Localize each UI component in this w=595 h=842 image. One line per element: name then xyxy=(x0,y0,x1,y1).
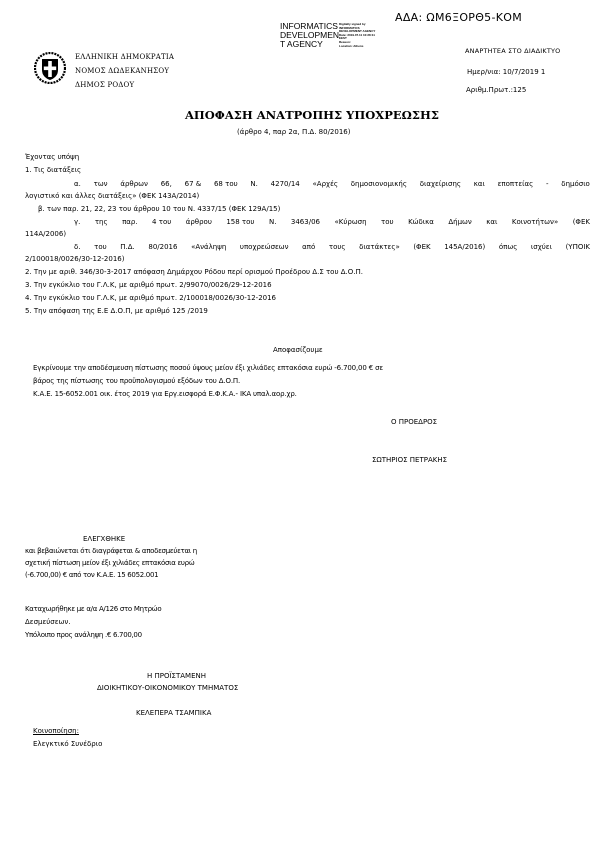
verification-line-2: σχετική πίστωση μείον έξι χιλιάδες επτακ… xyxy=(25,559,194,567)
provision-item-4: 4. Την εγκύκλιο του Γ.Λ.Κ, με αριθμό πρω… xyxy=(25,294,276,302)
ida-line: T AGENCY xyxy=(280,40,339,49)
provision-item-5: 5. Την απόφαση της Ε.Ε Δ.Ο.Π, με αριθμό … xyxy=(25,307,208,315)
provision-item-2: 2. Την με αριθ. 346/30-3-2017 απόφαση Δη… xyxy=(25,268,363,276)
registry-line-2: Δεσμεύσεων. xyxy=(25,618,71,626)
provision-c: γ.τηςπαρ.4 τουάρθρου158 τουΝ.3463/06«Κύρ… xyxy=(74,218,590,226)
provision-item-1: 1. Τις διατάξεις xyxy=(25,166,81,174)
president-role: Ο ΠΡΟΕΔΡΟΣ xyxy=(391,418,437,426)
country-label: ΕΛΛΗΝΙΚΗ ΔΗΜΟΚΡΑΤΙΑ xyxy=(75,50,174,64)
ada-code: ΑΔΑ: ΩΜ6ΞΟΡΘ5-ΚΟΜ xyxy=(395,11,522,24)
distribution-label: Κοινοποίηση: xyxy=(33,727,79,735)
considering-intro: Έχοντας υπόψη xyxy=(25,153,79,161)
decision-line-2: βάρος της πίστωσης του προϋπολογισμού εξ… xyxy=(33,377,240,385)
document-title: ΑΠΟΦΑΣΗ ΑΝΑΤΡΟΠΗΣ ΥΠΟΧΡΕΩΣΗΣ xyxy=(185,108,439,122)
provision-d: δ.τουΠ.Δ.80/2016«Ανάληψηυποχρεώσεωναπότο… xyxy=(74,243,590,251)
prefecture-label: ΝΟΜΟΣ ΔΩΔΕΚΑΝΗΣΟΥ xyxy=(75,64,174,78)
registry-line-3: Υπόλοιπο προς ανάληψη .€ 6.700,00 xyxy=(25,631,142,639)
document-date: Ημερ/νια: 10/7/2019 1 xyxy=(467,68,545,76)
head-of-dept-role: Η ΠΡΟΪΣΤΑΜΕΝΗ xyxy=(147,672,206,680)
decision-heading: Αποφασίζουμε xyxy=(273,346,323,354)
provision-a-continued: λογιστικό και άλλες διατάξεις» (ΦΕΚ 143Α… xyxy=(25,192,199,200)
municipality-label: ΔΗΜΟΣ ΡΟΔΟΥ xyxy=(75,78,174,92)
registry-line-1: Καταχωρήθηκε με α/α Α/126 στο Μητρώο xyxy=(25,605,161,613)
distribution-recipient: Ελεγκτικό Συνέδριο xyxy=(33,740,102,748)
greek-coat-of-arms-icon xyxy=(34,52,66,84)
issuing-authority: ΕΛΛΗΝΙΚΗ ΔΗΜΟΚΡΑΤΙΑ ΝΟΜΟΣ ΔΩΔΕΚΑΝΗΣΟΥ ΔΗ… xyxy=(75,50,174,92)
decision-line-1: Εγκρίνουμε την αποδέσμευση πίστωσης ποσο… xyxy=(33,364,383,372)
document-subtitle: (άρθρο 4, παρ 2α, Π.Δ. 80/2016) xyxy=(237,128,350,136)
verification-heading: ΕΛΕΓΧΘΗΚΕ xyxy=(83,535,125,543)
provision-item-3: 3. Την εγκύκλιο του Γ.Λ.Κ, με αριθμό πρω… xyxy=(25,281,272,289)
provision-c-continued: 114Α/2006) xyxy=(25,230,66,238)
posted-online-note: ΑΝΑΡΤΗΤΕΑ ΣΤΟ ΔΙΑΔΙΚΤΥΟ xyxy=(465,47,560,55)
president-name: ΣΩΤΗΡΙΟΣ ΠΕΤΡΑΚΗΣ xyxy=(372,456,447,464)
provision-b: β. των παρ. 21, 22, 23 του άρθρου 10 του… xyxy=(38,205,280,213)
ida-signature-label: INFORMATICS DEVELOPMEN T AGENCY xyxy=(280,22,339,49)
verification-line-1: και βεβαιώνεται ότι διαγράφεται & αποδεσ… xyxy=(25,547,197,555)
protocol-number: Αριθμ.Πρωτ.:125 xyxy=(466,86,526,94)
verification-line-3: (-6.700,00) € από τον Κ.Α.Ε. 15 6052.001 xyxy=(25,571,158,579)
provision-d-continued: 2/100018/0026/30-12-2016) xyxy=(25,255,124,263)
digital-signature-details: Digitally signed by INFORMATICS DEVELOPM… xyxy=(339,23,375,48)
decision-line-3: Κ.Α.Ε. 15-6052.001 οικ. έτος 2019 για Ερ… xyxy=(33,390,297,398)
head-of-dept-department: ΔΙΟΙΚΗΤΙΚΟΥ-ΟΙΚΟΝΟΜΙΚΟΥ ΤΜΗΜΑΤΟΣ xyxy=(97,684,238,692)
provision-a: α.τωνάρθρων66,67 &68 τουΝ.4270/14«Αρχέςδ… xyxy=(74,180,590,188)
head-of-dept-name: ΚΕΛΕΠΕΡΑ ΤΣΑΜΠΙΚΑ xyxy=(136,709,211,717)
